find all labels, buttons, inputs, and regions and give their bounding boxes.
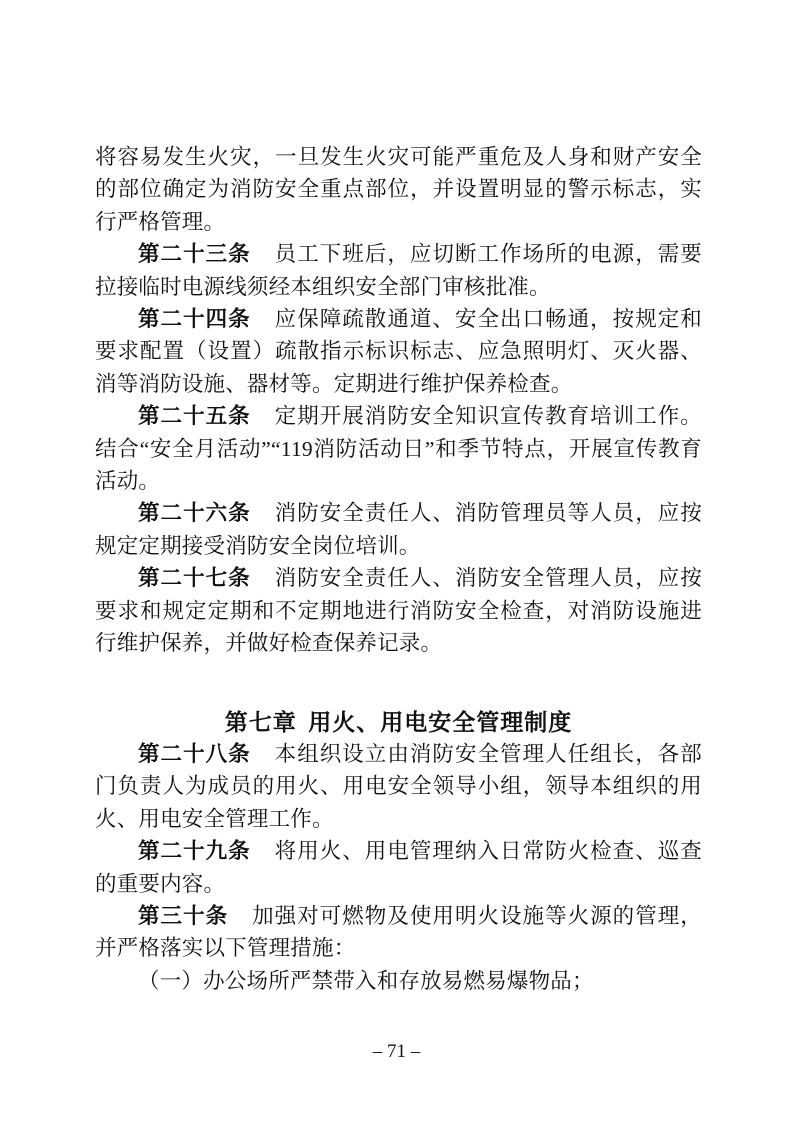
- article-29: 第二十九条将用火、用电管理纳入日常防火检查、巡查的重要内容。: [95, 835, 702, 900]
- article-29-number: 第二十九条: [138, 839, 251, 863]
- article-23-number: 第二十三条: [138, 242, 251, 266]
- article-26: 第二十六条消防安全责任人、消防管理员等人员，应按规定定期接受消防安全岗位培训。: [95, 497, 702, 562]
- article-27: 第二十七条消防安全责任人、消防安全管理人员，应按要求和规定定期和不定期地进行消防…: [95, 562, 702, 659]
- page-number: – 71 –: [0, 1040, 793, 1064]
- chapter-heading: 第七章用火、用电安全管理制度: [95, 706, 702, 738]
- article-28-number: 第二十八条: [138, 742, 251, 766]
- chapter-title: 用火、用电安全管理制度: [308, 709, 572, 735]
- continuation-paragraph: 将容易发生火灾，一旦发生火灾可能严重危及人身和财产安全的部位确定为消防安全重点部…: [95, 141, 702, 238]
- article-30-number: 第三十条: [138, 904, 228, 928]
- article-27-number: 第二十七条: [138, 566, 251, 590]
- list-item-1: （一）办公场所严禁带入和存放易燃易爆物品；: [95, 965, 702, 997]
- article-25-number: 第二十五条: [138, 404, 251, 428]
- article-30: 第三十条加强对可燃物及使用明火设施等火源的管理，并严格落实以下管理措施：: [95, 900, 702, 965]
- document-body: 将容易发生火灾，一旦发生火灾可能严重危及人身和财产安全的部位确定为消防安全重点部…: [95, 141, 702, 997]
- article-26-number: 第二十六条: [138, 501, 251, 525]
- article-25: 第二十五条定期开展消防安全知识宣传教育培训工作。结合“安全月活动”“119消防活…: [95, 400, 702, 497]
- document-page: 将容易发生火灾，一旦发生火灾可能严重危及人身和财产安全的部位确定为消防安全重点部…: [0, 0, 793, 1122]
- article-24-number: 第二十四条: [138, 307, 251, 331]
- article-23: 第二十三条员工下班后，应切断工作场所的电源，需要拉接临时电源线须经本组织安全部门…: [95, 238, 702, 303]
- chapter-number: 第七章: [225, 709, 297, 735]
- article-24: 第二十四条应保障疏散通道、安全出口畅通，按规定和要求配置（设置）疏散指示标识标志…: [95, 303, 702, 400]
- article-28: 第二十八条本组织设立由消防安全管理人任组长，各部门负责人为成员的用火、用电安全领…: [95, 738, 702, 835]
